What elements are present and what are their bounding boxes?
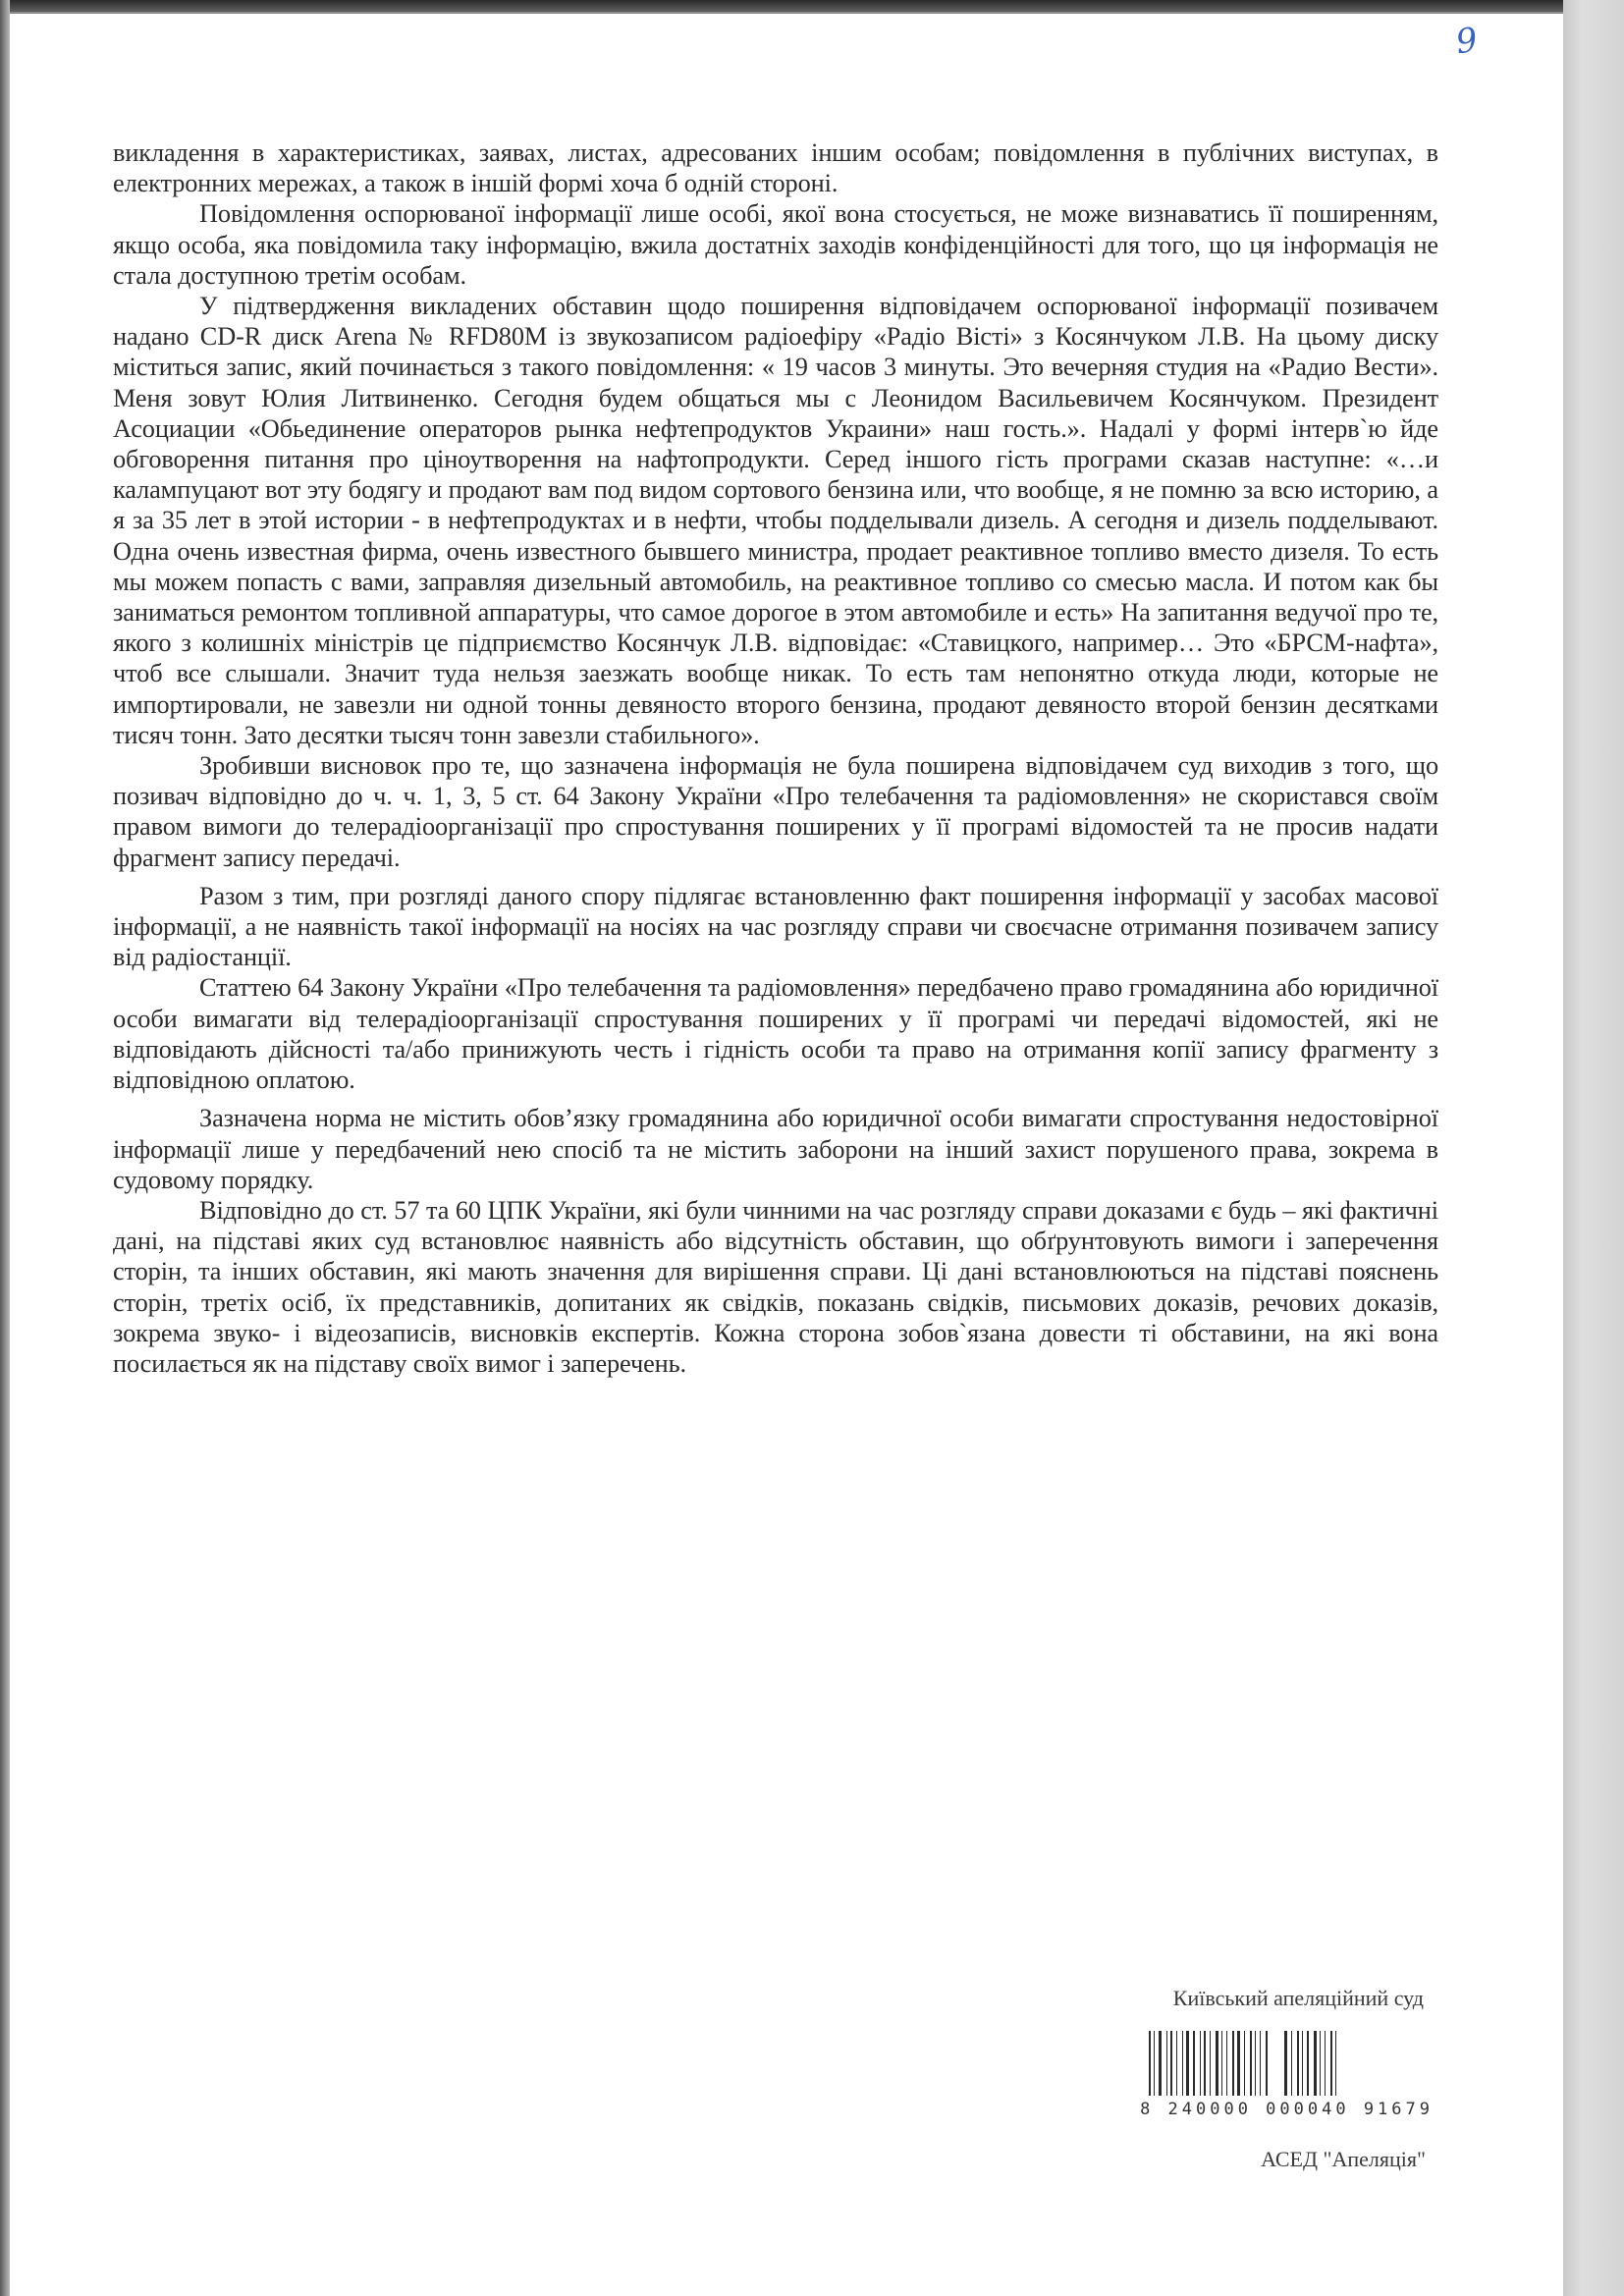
barcode-icon [1149, 2031, 1434, 2100]
barcode-bar [1260, 2031, 1261, 2096]
barcode-bar [1204, 2031, 1206, 2096]
barcode-bar [1307, 2031, 1309, 2096]
paragraph-2: Повідомлення оспорюваної інформації лише… [113, 198, 1438, 291]
barcode-bar [1221, 2031, 1222, 2096]
barcode-bar [1302, 2031, 1303, 2096]
barcode-bar [1210, 2031, 1211, 2096]
barcode-bar [1255, 2031, 1256, 2096]
barcode-bar [1193, 2031, 1195, 2096]
scanner-left-edge [0, 0, 10, 2296]
paragraph-6: Статтею 64 Закону України «Про телебачен… [113, 972, 1438, 1095]
barcode-bar [1297, 2031, 1299, 2096]
barcode-bar [1170, 2031, 1172, 2096]
barcode-bar [1226, 2031, 1227, 2096]
barcode-bar [1330, 2031, 1332, 2096]
barcode-bar [1186, 2031, 1189, 2096]
barcode-bar [1320, 2031, 1321, 2096]
scanner-right-margin [1563, 0, 1624, 2296]
barcode-bar [1166, 2031, 1167, 2096]
paragraph-8: Відповідно до ст. 57 та 60 ЦПК України, … [113, 1195, 1438, 1379]
barcode-bar [1149, 2031, 1151, 2096]
barcode-bar [1154, 2031, 1155, 2096]
barcode-bar [1237, 2031, 1240, 2096]
barcode-bar [1244, 2031, 1245, 2096]
court-name-label: Київський апеляційний суд [1080, 1986, 1424, 2011]
barcode-bar [1284, 2031, 1287, 2096]
barcode-bar [1266, 2031, 1268, 2096]
barcode-bar [1182, 2031, 1183, 2096]
barcode-bar [1159, 2031, 1162, 2096]
paragraph-4: Зробивши висновок про те, що зазначена і… [113, 750, 1438, 873]
barcode-bar [1216, 2031, 1218, 2096]
paragraph-3: У підтвердження викладених обставин щодо… [113, 291, 1438, 750]
barcode-bar [1200, 2031, 1201, 2096]
document-system-label: АСЕД "Апеляція" [1080, 2147, 1426, 2172]
barcode-digits: 8 240000 000040 91679 [1129, 2100, 1434, 2119]
paragraph-7: Зазначена норма не містить обов’язку гро… [113, 1103, 1438, 1195]
barcode-bar [1232, 2031, 1234, 2096]
paragraph-5: Разом з тим, при розгляді даного спору п… [113, 881, 1438, 973]
document-body: викладення в характеристиках, заявах, ли… [113, 137, 1438, 1379]
barcode-bar [1335, 2031, 1336, 2096]
barcode-bar [1325, 2031, 1326, 2096]
barcode-bar [1176, 2031, 1177, 2096]
barcode-bar [1291, 2031, 1292, 2096]
barcode-bar [1250, 2031, 1252, 2096]
paragraph-1: викладення в характеристиках, заявах, ли… [113, 137, 1438, 198]
barcode-bar [1314, 2031, 1317, 2096]
